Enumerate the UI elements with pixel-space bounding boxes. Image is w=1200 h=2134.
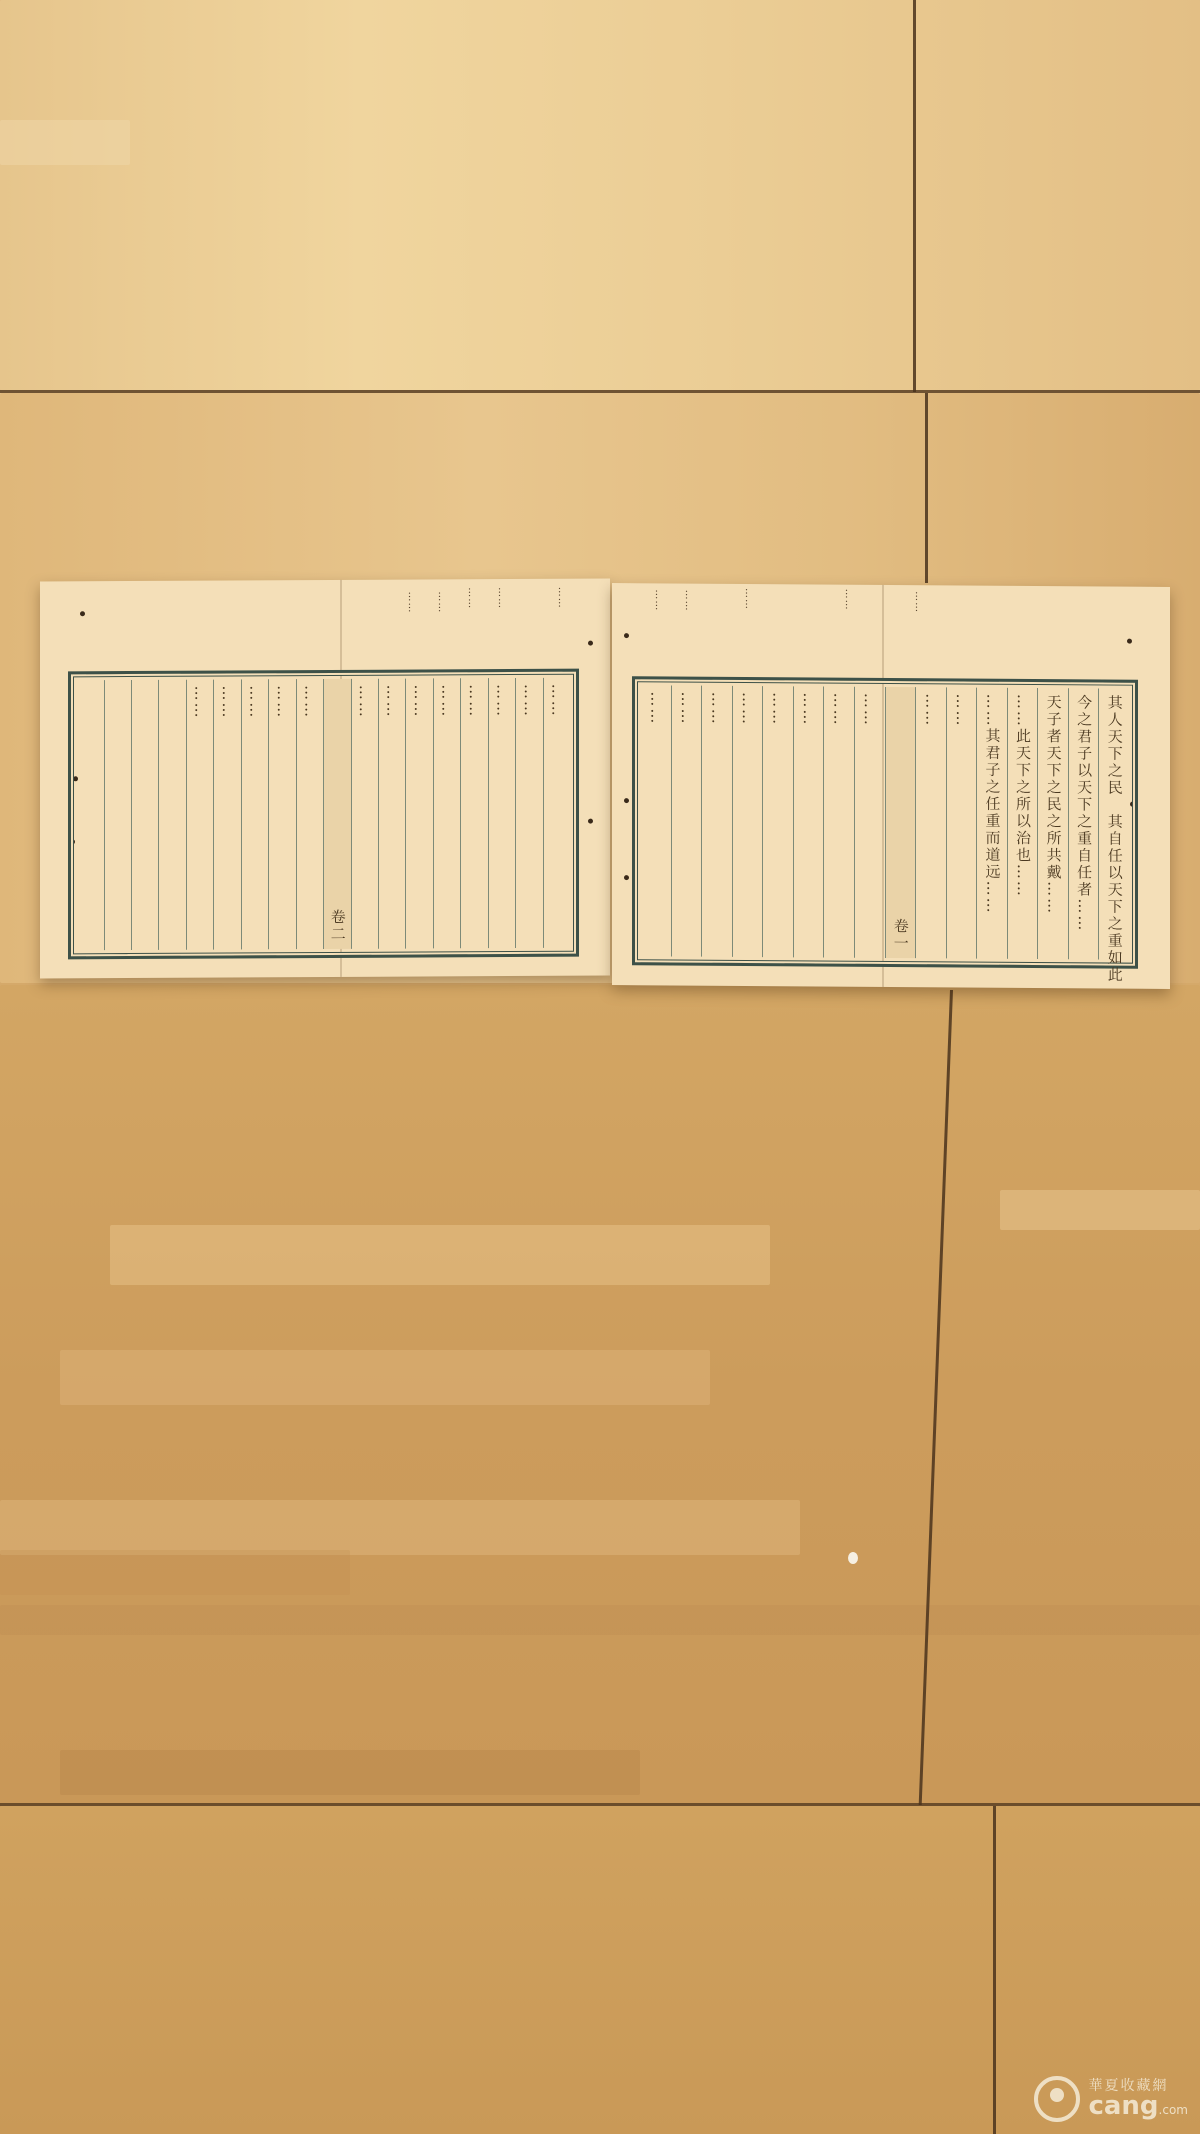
binding-hole	[1127, 639, 1132, 644]
marginal-note: ……	[465, 587, 477, 657]
text-column: ……此天下之所以治也……	[1007, 688, 1038, 959]
floor-plank	[0, 1500, 800, 1555]
text-column: ……	[460, 678, 487, 948]
text-column: ……	[823, 687, 854, 958]
text-column: ……	[762, 686, 793, 957]
text-column: ……	[213, 679, 240, 949]
marginal-note: ……	[405, 592, 417, 652]
marginal-note: ……	[842, 589, 854, 679]
fold-column: 卷一	[885, 687, 916, 958]
text-column: 天子者天下之民之所共戴……	[1037, 688, 1068, 959]
text-column: ……	[515, 678, 542, 948]
floor-plank	[60, 1350, 710, 1405]
text-column: ……	[915, 687, 946, 958]
text-frame: …… …… …… …… …… …… …… …… 卷二 …… …… …… …… ……	[68, 669, 579, 960]
binding-hole	[588, 641, 593, 646]
watermark-text: 華夏收藏網 cang.com	[1088, 2079, 1188, 2119]
text-frame: 其人天下之民 其自任以天下之重如此 今之君子以天下之重自任者…… 天子者天下之民…	[632, 676, 1138, 969]
floor-seam	[925, 393, 928, 583]
floor-plank	[0, 1550, 350, 1595]
floor-seam	[913, 0, 916, 392]
text-column: ……	[732, 686, 763, 957]
text-column: ……	[671, 685, 702, 956]
floor	[0, 0, 1200, 2134]
marginal-note: ……	[435, 591, 447, 651]
text-column: ……	[946, 687, 977, 958]
floor-board	[0, 0, 1200, 390]
marginal-note: ……	[495, 587, 507, 637]
floor-plank	[0, 120, 130, 165]
text-column: ……	[701, 686, 732, 957]
text-column: ……	[241, 679, 268, 949]
cang-logo-icon	[1034, 2076, 1080, 2122]
floor-seam	[0, 390, 1200, 393]
text-column: ……	[296, 679, 323, 949]
right-sheet: …… …… …… …… …… 其人天下之民 其自任以天下之重如此 今之君子以天下…	[612, 583, 1170, 989]
marginal-note: ……	[742, 588, 754, 673]
floor-plank	[1000, 1190, 1200, 1230]
text-column: ……	[378, 679, 405, 949]
text-column: ……	[854, 687, 885, 958]
text-column: ……	[351, 679, 378, 949]
text-column: ……	[543, 678, 570, 948]
floor-seam	[993, 1806, 996, 2134]
text-columns: …… …… …… …… …… …… …… …… 卷二 …… …… …… …… ……	[77, 678, 570, 951]
binding-hole	[624, 875, 629, 880]
floor-seam	[0, 1803, 1200, 1806]
floor-speck	[848, 1552, 858, 1564]
fold-column: 卷二	[323, 679, 350, 949]
watermark: 華夏收藏網 cang.com	[1034, 2076, 1188, 2122]
text-column: ……其君子之任重而道远……	[976, 688, 1007, 959]
text-column	[158, 680, 185, 950]
text-column	[77, 680, 103, 950]
text-column: ……	[793, 686, 824, 957]
marginal-note: ……	[682, 590, 694, 650]
watermark-latin: cang.com	[1088, 2093, 1188, 2119]
floor-plank	[60, 1750, 640, 1795]
text-column: 今之君子以天下之重自任者……	[1068, 688, 1099, 959]
text-column: ……	[268, 679, 295, 949]
text-column: ……	[186, 680, 213, 950]
floor-plank	[110, 1225, 770, 1285]
floor-board	[0, 1806, 1200, 2134]
text-column	[131, 680, 158, 950]
floor-plank	[0, 1605, 1200, 1635]
binding-hole	[588, 819, 593, 824]
binding-hole	[624, 798, 629, 803]
text-column: ……	[433, 678, 460, 948]
text-column: ……	[641, 685, 671, 956]
marginal-note: ……	[555, 587, 567, 627]
left-sheet: …… …… …… …… …… …… …… …… …… …… …… …… …… 卷…	[40, 579, 610, 979]
binding-hole	[80, 611, 85, 616]
binding-hole	[624, 633, 629, 638]
marginal-note: ……	[912, 591, 924, 661]
text-columns: 其人天下之民 其自任以天下之重如此 今之君子以天下之重自任者…… 天子者天下之民…	[641, 685, 1129, 959]
marginal-note: ……	[652, 589, 664, 659]
text-column	[104, 680, 131, 950]
text-column: ……	[488, 678, 515, 948]
text-column: 其人天下之民 其自任以天下之重如此	[1098, 688, 1129, 959]
text-column: ……	[405, 678, 432, 948]
